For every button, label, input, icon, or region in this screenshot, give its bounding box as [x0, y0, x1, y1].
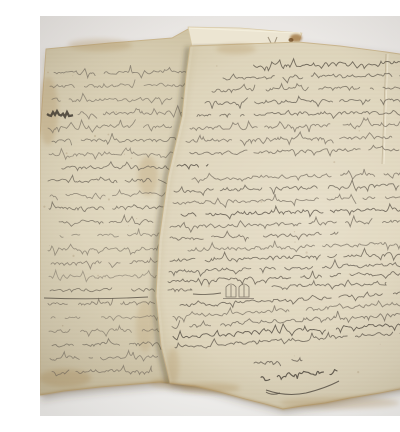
tear-stain-core [289, 38, 294, 42]
manuscript-photo: Photograph of a two-page handwritten Fre… [40, 16, 400, 416]
letter-photo-canvas [40, 16, 400, 416]
foxing-stain [68, 39, 132, 51]
foxing-stain [138, 156, 158, 196]
foxing-stain [216, 44, 256, 54]
foxing-stain [167, 348, 179, 384]
